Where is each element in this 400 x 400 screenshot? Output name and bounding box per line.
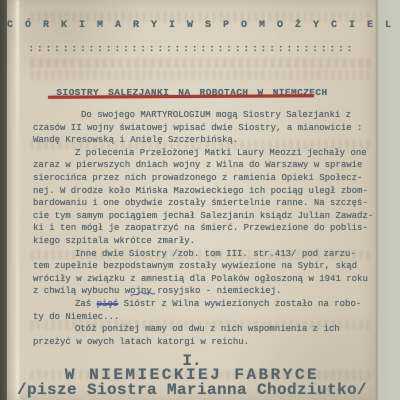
text-line: cie tym samym pociągiem jechał Salezjani…	[33, 210, 367, 223]
paragraph: Zaś pięć Sióstr z Wilna wywiezionych zos…	[33, 298, 367, 323]
colon-separator-row: ::::::::::::::::::::::::::::::::::::::	[7, 44, 377, 54]
text-line: zaraz w pierwszych dniach wojny z Wilna …	[33, 159, 367, 172]
paper-right-edge	[376, 0, 378, 400]
text-line: nej. W drodze koło Mińska Mazowieckiego …	[33, 185, 367, 198]
text-line: Z polecenia Przełożonej Matki Laury Meoz…	[33, 147, 367, 160]
text-line: przeżyć w owych latach katorgi w reichu.	[33, 336, 367, 349]
paragraph: Do swojego MARTYROLOGIUM mogą Siostry Sa…	[33, 109, 367, 147]
text-line: wróciły w związku z amnestią dla Polaków…	[33, 273, 367, 286]
text-line: Do swojego MARTYROLOGIUM mogą Siostry Sa…	[33, 109, 367, 122]
footer-byline: /pisze Siostra Marianna Chodziutko/	[7, 381, 377, 399]
text-line: ty do Niemiec...	[33, 311, 367, 324]
body-text: Do swojego MARTYROLOGIUM mogą Siostry Sa…	[33, 109, 367, 348]
text-line: Otóż poniżej mamy od dwu z nich wspomnie…	[33, 323, 367, 336]
bleedthrough-smudge	[30, 70, 372, 80]
paragraph: Z polecenia Przełożonej Matki Laury Meoz…	[33, 147, 367, 248]
text-line: ki i ten mógł je zaopatrzyć na śmierć. P…	[33, 222, 367, 235]
document-title: C Ó R K I M A R Y I W S P O M O Ż Y C I …	[7, 20, 377, 31]
bleedthrough-smudge	[30, 58, 372, 68]
paragraph: Otóż poniżej mamy od dwu z nich wspomnie…	[33, 323, 367, 348]
text-line: kiego szpitala wkrótce zmarły.	[33, 235, 367, 248]
scanned-document-page: { "page": { "header_title": "C Ó R K I M…	[0, 0, 400, 400]
text-line: tem zupełnie bezpodstawnym zostały wywie…	[33, 260, 367, 273]
text-line: Inne dwie Siostry /zob. tom III. str.413…	[33, 248, 367, 261]
text-line: sierocińca przez nich prowadzonego z ram…	[33, 172, 367, 185]
text-line: Wandę Kresowską i Anielę Szczerbińską.	[33, 134, 367, 147]
text-line: z chwilą wybuchu wojny rosyjsko - niemie…	[33, 285, 367, 298]
paragraph: Inne dwie Siostry /zob. tom III. str.413…	[33, 248, 367, 298]
text-line: bardowaniu i one obydwie zostały śmierte…	[33, 197, 367, 210]
text-line: Zaś pięć Sióstr z Wilna wywiezionych zos…	[33, 298, 367, 311]
handwritten-correction-scribble	[88, 290, 156, 304]
paper-crease	[16, 0, 19, 400]
text-line: czasów II wojny światowej wpisać dwie Si…	[33, 122, 367, 135]
